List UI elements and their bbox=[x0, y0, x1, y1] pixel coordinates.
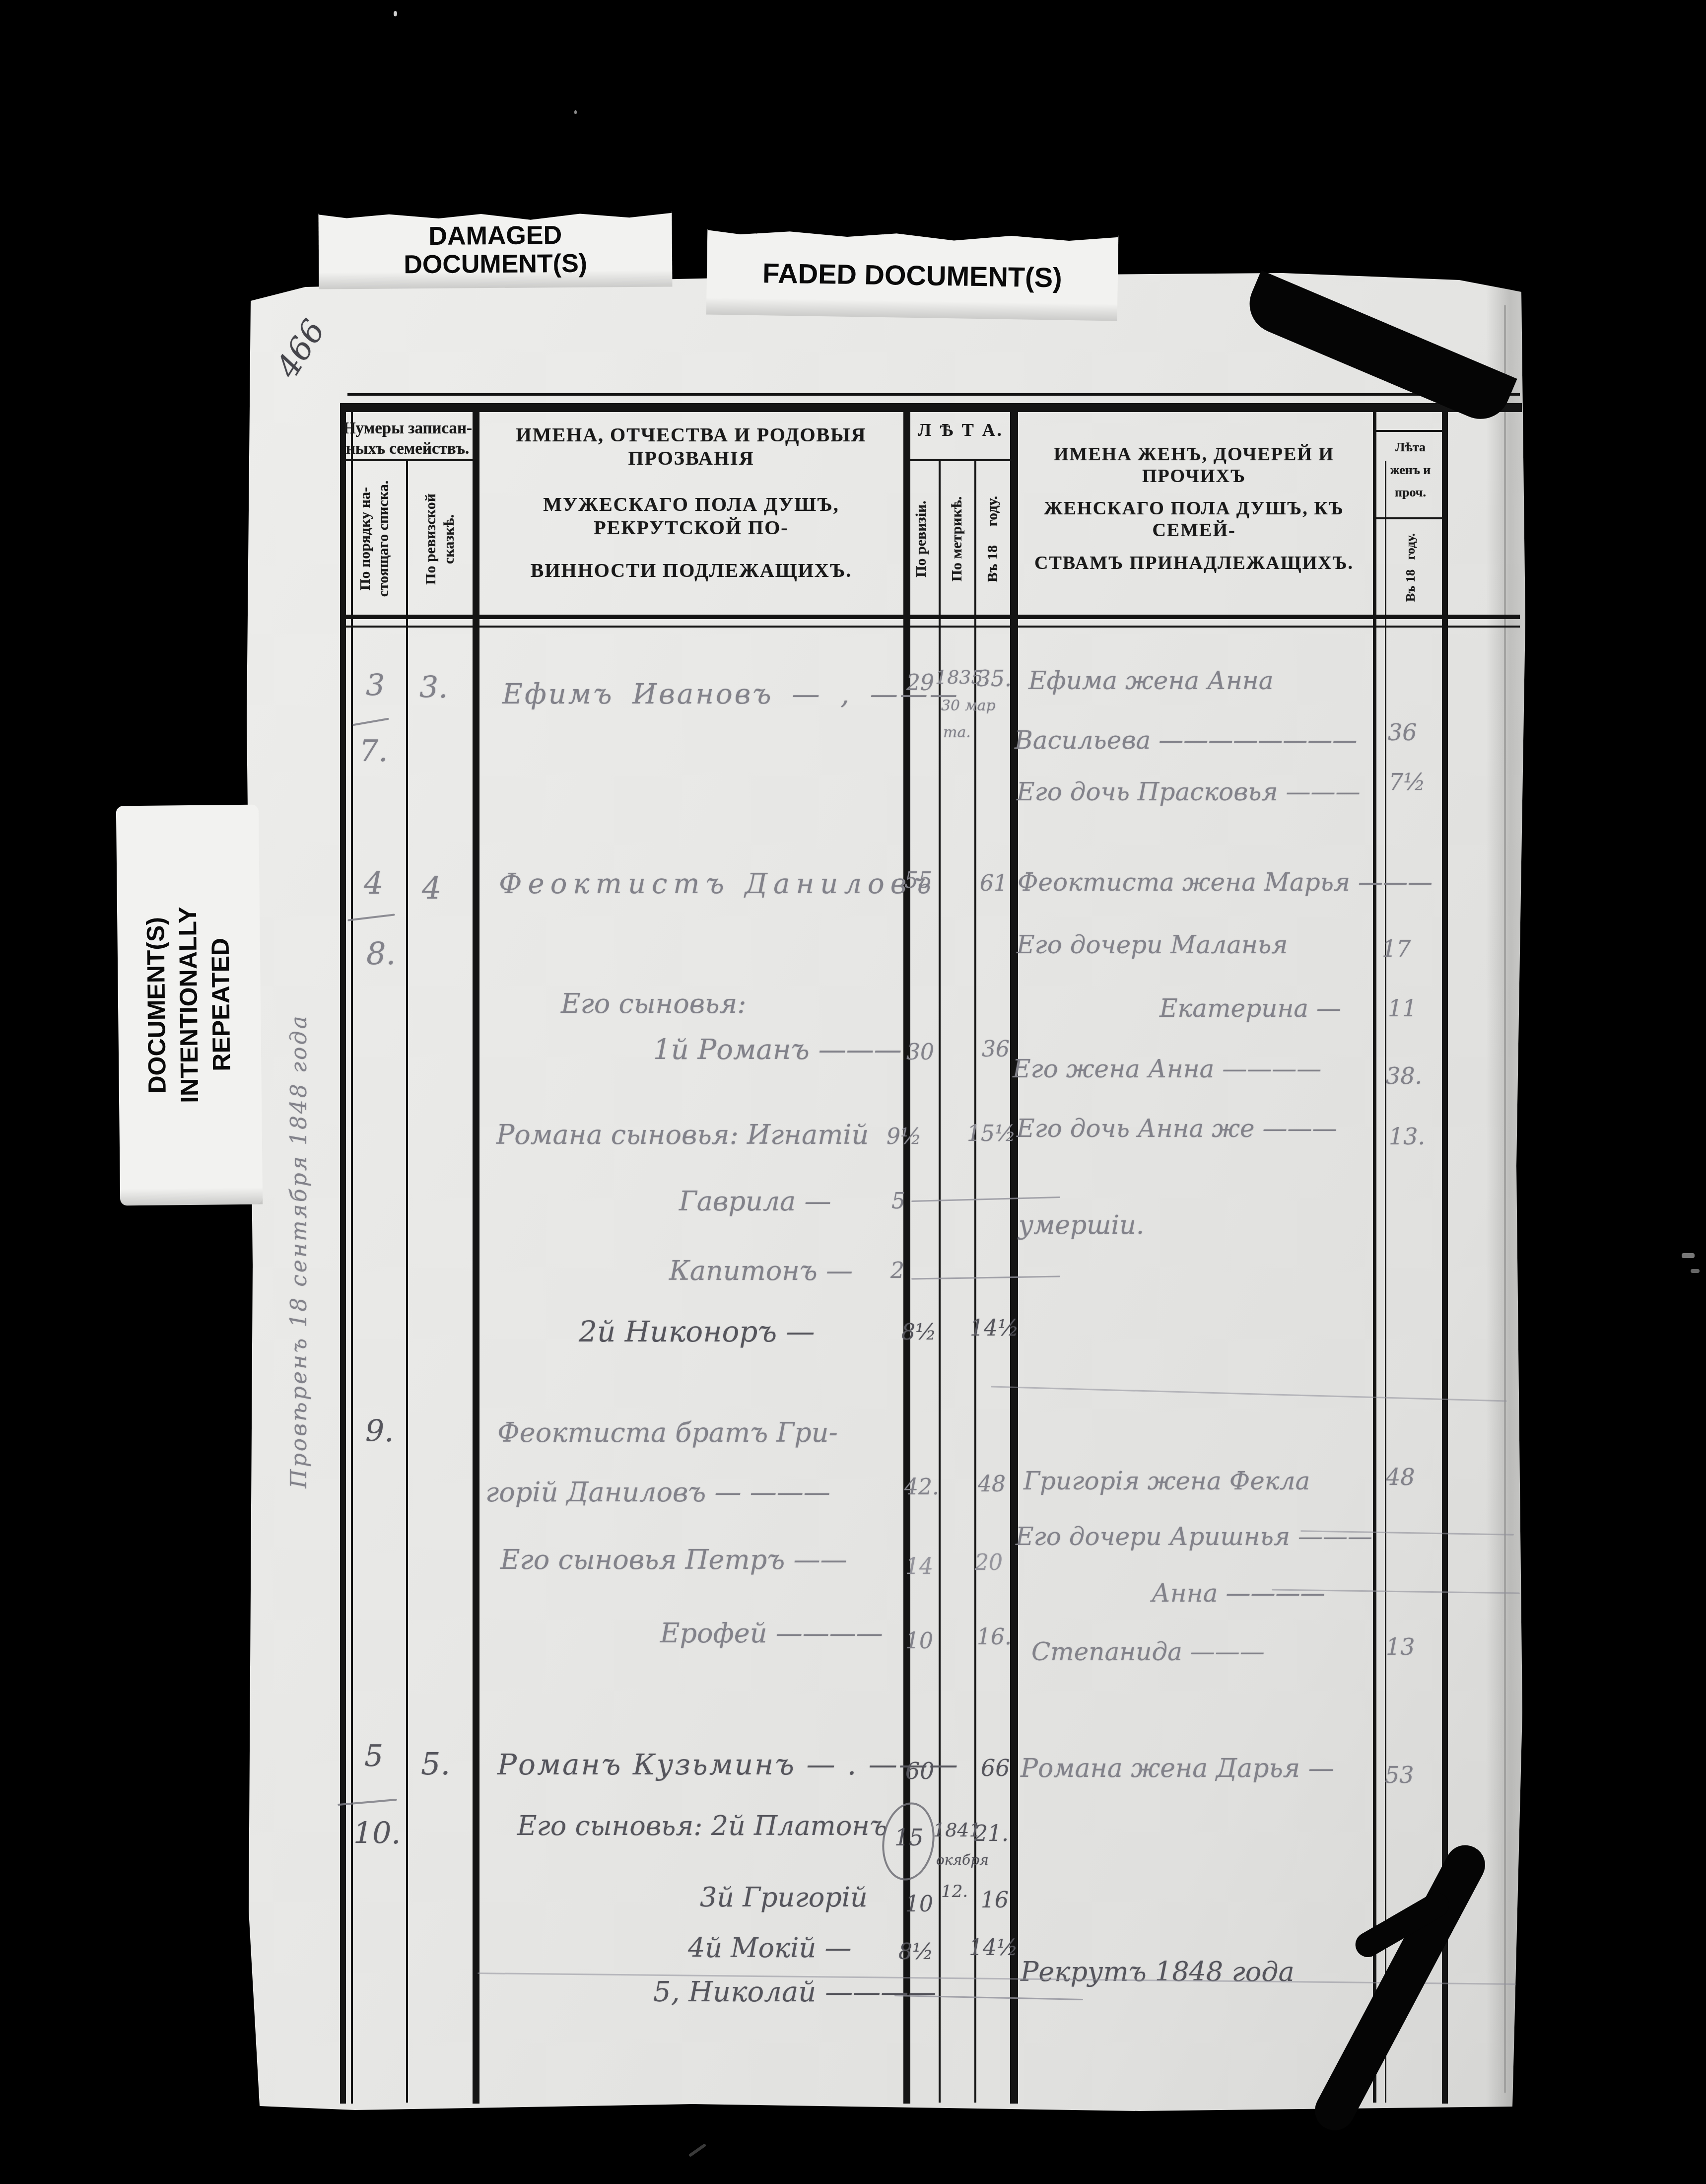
header-female-l2: ЖЕНСКАГО ПОЛА ДУШЪ, КЪ СЕМЕЙ- bbox=[1015, 497, 1373, 541]
f3-age-revision: 42. bbox=[904, 1475, 939, 1500]
header-col-order-l1: По порядку на- bbox=[355, 487, 374, 590]
col-divider-women-age bbox=[1373, 407, 1376, 2103]
repeated-sticker-line2: INTENTIONALLY bbox=[171, 907, 205, 1103]
f1-metric-day: 30 мар bbox=[941, 697, 996, 714]
header-family-numbers-l2: ныхъ семействъ. bbox=[346, 440, 470, 458]
f3-daughter3: Степанида ——— bbox=[1031, 1637, 1265, 1666]
sticker-shading bbox=[319, 270, 672, 289]
header-col-v-18-godu: Въ 18 году. bbox=[975, 461, 1011, 618]
header-col-po-metrike: По метрикѣ. bbox=[939, 460, 974, 618]
header-male-l2: МУЖЕСКАГО ПОЛА ДУШЪ, РЕКРУТСКОЙ ПО- bbox=[479, 493, 903, 539]
f1-list-no-bottom: 7. bbox=[359, 734, 388, 769]
table-top-thin-rule bbox=[347, 393, 1520, 396]
f1-age-revision: 29 bbox=[906, 670, 934, 696]
f2-male-name: Феоктистъ Даниловъ bbox=[499, 868, 937, 900]
f1-age-now: 35. bbox=[977, 666, 1012, 692]
header-leta-zhen-l3: проч. bbox=[1395, 485, 1426, 499]
f2-grandson2-age: 5 bbox=[891, 1189, 905, 1214]
f1-daughter: Его дочь Прасковья ——— bbox=[1017, 777, 1360, 806]
repeated-sticker-line3: REPEATED bbox=[204, 938, 238, 1071]
f2-son1-daughter-age: 13. bbox=[1389, 1123, 1425, 1150]
f4-son2-age-now: 16 bbox=[981, 1888, 1009, 1913]
f2-deceased-note: умершіи. bbox=[1019, 1210, 1144, 1240]
f2-son1-age-revision: 30 bbox=[906, 1040, 934, 1065]
f4-age-revision: 60 bbox=[905, 1758, 935, 1784]
f3-son2: Ерофей ———— bbox=[660, 1618, 883, 1649]
table-right-border bbox=[1442, 403, 1448, 2104]
f3-wife-age: 48 bbox=[1386, 1464, 1415, 1490]
f2-son1-daughter: Его дочь Анна же ——— bbox=[1017, 1114, 1337, 1143]
f4-list-no-bottom: 10. bbox=[353, 1816, 401, 1851]
col-divider-numbers-names bbox=[473, 403, 479, 2104]
f3-son1-age-revision: 14 bbox=[905, 1554, 933, 1579]
table-left-border-inner bbox=[351, 403, 353, 2104]
header-male-l1: ИМЕНА, ОТЧЕСТВА И РОДОВЫЯ ПРОЗВАНІЯ bbox=[479, 423, 903, 470]
f3-age-now: 48 bbox=[978, 1472, 1006, 1497]
f2-son2-age-now: 14½ bbox=[970, 1316, 1019, 1341]
f3-daughter2: Анна ———— bbox=[1152, 1579, 1325, 1608]
f4-wife-age: 53 bbox=[1385, 1761, 1414, 1788]
f4-wife: Романа жена Дарья — bbox=[1021, 1754, 1334, 1783]
f4-list-no-top: 5 bbox=[364, 1739, 383, 1773]
f2-grandson1-age-revision: 9½ bbox=[887, 1124, 922, 1149]
f2-age-now: 61 bbox=[980, 871, 1008, 896]
dust-speck bbox=[394, 11, 397, 16]
header-col-revision-l2: сказкѣ. bbox=[440, 514, 459, 564]
f2-son2-age-revision: 8½ bbox=[901, 1320, 937, 1345]
f3-male-name-l1: Феоктиста братъ Гри- bbox=[497, 1417, 838, 1448]
header-leta-zhen-l1: Лѣта bbox=[1395, 440, 1426, 454]
f4-son1-metric-month: окября bbox=[936, 1852, 989, 1868]
f4-son3: 4й Мокій — bbox=[688, 1932, 852, 1964]
header-leta-zhen: Лѣта женъ и проч. bbox=[1373, 436, 1448, 504]
f4-son3-age-now: 14½ bbox=[969, 1935, 1018, 1961]
f2-revision-no: 4 bbox=[422, 870, 441, 906]
margin-note-vertical: Провѣренъ 18 сентября 1848 года bbox=[286, 829, 321, 1673]
f4-recruit-note: Рекрутъ 1848 года bbox=[1021, 1956, 1295, 1987]
header-family-numbers: Нумеры записан- ныхъ семействъ. bbox=[342, 419, 473, 460]
header-col-revision-l1: По ревизской bbox=[421, 493, 440, 585]
repeated-sticker-text: DOCUMENT(S) INTENTIONALLY REPEATED bbox=[121, 811, 256, 1199]
f2-daughter1: Его дочери Маланья bbox=[1017, 930, 1288, 959]
f1-male-name: Ефимъ Ивановъ — , ——— bbox=[502, 678, 959, 710]
f4-age-now: 66 bbox=[981, 1755, 1010, 1781]
leta-zhen-box-top-rule bbox=[1373, 430, 1448, 432]
f3-son2-age-revision: 10 bbox=[905, 1628, 933, 1654]
f2-grandson2: Гаврила — bbox=[679, 1186, 831, 1217]
f2-list-no-bottom: 8. bbox=[366, 935, 396, 972]
f4-son1-metric-day: 12. bbox=[941, 1882, 968, 1902]
header-col-po-revizii: По ревизіи. bbox=[903, 460, 939, 618]
f4-son4: 5, Николай ———— bbox=[653, 1976, 936, 2008]
col-divider-leta-women bbox=[1010, 403, 1018, 2104]
faded-sticker-text: FADED DOCUMENT(S) bbox=[762, 257, 1062, 293]
header-female-l1: ИМЕНА ЖЕНЪ, ДОЧЕРЕЙ И ПРОЧИХЪ bbox=[1015, 443, 1373, 487]
f2-grandson1-age-now: 15½ bbox=[967, 1121, 1016, 1146]
page-edge-shading bbox=[1486, 272, 1529, 2115]
f1-wife-line1: Ефима жена Анна bbox=[1028, 666, 1274, 695]
f2-daughter2-age: 11 bbox=[1388, 995, 1417, 1022]
table-left-border bbox=[340, 403, 346, 2104]
f2-grandson3: Капитонъ — bbox=[669, 1255, 853, 1286]
f3-son2-age-now: 16. bbox=[977, 1624, 1012, 1650]
f4-son1-age-now: 21. bbox=[974, 1821, 1009, 1846]
f4-son2-age-revision: 10 bbox=[905, 1892, 933, 1917]
f3-wife: Григорія жена Фекла bbox=[1024, 1467, 1310, 1495]
faded-document-sticker: FADED DOCUMENT(S) bbox=[706, 229, 1119, 321]
header-female-l3: СТВАМЪ ПРИНАДЛЕЖАЩИХЪ. bbox=[1015, 552, 1373, 574]
f1-revision-no: 3. bbox=[419, 670, 448, 705]
f1-wife-age: 36 bbox=[1388, 719, 1417, 746]
f2-grandson3-age: 2 bbox=[890, 1258, 904, 1283]
f3-son1: Его сыновья Петръ —— bbox=[500, 1544, 847, 1575]
damaged-sticker-line1: DAMAGED bbox=[428, 221, 562, 251]
f2-son2: 2й Никоноръ — bbox=[579, 1315, 815, 1348]
f1-daughter-age: 7½ bbox=[1389, 769, 1426, 795]
film-edge-mark bbox=[1682, 1253, 1695, 1258]
header-col-v-18-godu-fem: Въ 18 году. bbox=[1373, 517, 1448, 618]
torn-ink-edge bbox=[707, 227, 1118, 247]
f2-son1-wife: Его жена Анна ———— bbox=[1013, 1055, 1321, 1083]
header-col-revision-skazka: По ревизской сказкѣ. bbox=[408, 460, 472, 619]
sticker-shading bbox=[120, 1187, 263, 1205]
repeated-sticker-line1: DOCUMENT(S) bbox=[139, 917, 174, 1094]
f2-grandsons-header: Романа сыновья: Игнатій bbox=[496, 1119, 869, 1150]
f2-son1-wife-age: 38. bbox=[1386, 1062, 1422, 1089]
header-leta-zhen-l2: женъ и bbox=[1390, 463, 1431, 477]
f3-son1-age-now: 20 bbox=[975, 1550, 1003, 1575]
header-family-numbers-l1: Нумеры записан- bbox=[343, 420, 472, 437]
film-edge-mark bbox=[1691, 1269, 1700, 1273]
f2-sons-header: Его сыновья: bbox=[561, 988, 746, 1019]
repeated-document-sticker: DOCUMENT(S) INTENTIONALLY REPEATED bbox=[116, 805, 263, 1206]
f2-list-no-top: 4 bbox=[364, 865, 383, 901]
header-leta: Л Ѣ Т А. bbox=[903, 420, 1018, 440]
f4-revision-no: 5. bbox=[421, 1746, 450, 1782]
f4-son1-age-revision: 15 bbox=[894, 1824, 924, 1851]
f1-wife-line2: Васильева ———————— bbox=[1015, 726, 1357, 755]
f4-son2: 3й Григорій bbox=[700, 1882, 868, 1913]
f2-son1-age-now: 36 bbox=[982, 1037, 1010, 1062]
header-col-order: По порядку на- стоящаго списка. bbox=[342, 460, 406, 618]
table-top-rule bbox=[340, 403, 1522, 412]
f2-son1: 1й Романъ ——— bbox=[653, 1034, 902, 1066]
page-fold-crease bbox=[1504, 305, 1506, 2093]
f2-wife: Феоктиста жена Марья ——— bbox=[1018, 868, 1433, 897]
f3-list-no: 9. bbox=[365, 1414, 394, 1449]
dust-speck bbox=[574, 110, 577, 114]
col-divider-women-age-inner bbox=[1385, 461, 1386, 2103]
f3-daughter3-age: 13 bbox=[1386, 1633, 1415, 1660]
header-col-order-l2: стоящаго списка. bbox=[374, 481, 393, 597]
film-edge-mark bbox=[688, 2143, 706, 2157]
header-male-l3: ВИННОСТИ ПОДЛЕЖАЩИХЪ. bbox=[479, 559, 903, 582]
f2-age-revision: 55 bbox=[904, 868, 932, 893]
header-bottom-rule-2 bbox=[340, 626, 1520, 628]
microfilm-scan: Нумеры записан- ныхъ семействъ. По поряд… bbox=[0, 0, 1706, 2184]
f1-metric-day2: та. bbox=[943, 724, 971, 741]
f2-daughter1-age: 17 bbox=[1382, 935, 1411, 962]
f4-son1: Его сыновья: 2й Платонъ bbox=[517, 1810, 887, 1841]
f4-son3-age-revision: 8½ bbox=[898, 1939, 934, 1965]
damaged-document-sticker: DAMAGED DOCUMENT(S) bbox=[318, 211, 672, 289]
f3-daughter1: Его дочери Аришнья ——— bbox=[1016, 1522, 1372, 1551]
f1-list-no-top: 3 bbox=[366, 668, 385, 703]
f4-male-name: Романъ Кузьминъ — . ——— bbox=[497, 1748, 959, 1781]
col-divider-order-revision bbox=[406, 461, 408, 2103]
f3-male-name-l2: горій Даниловъ — ——— bbox=[485, 1477, 830, 1508]
f2-daughter2: Екатерина — bbox=[1160, 994, 1341, 1023]
